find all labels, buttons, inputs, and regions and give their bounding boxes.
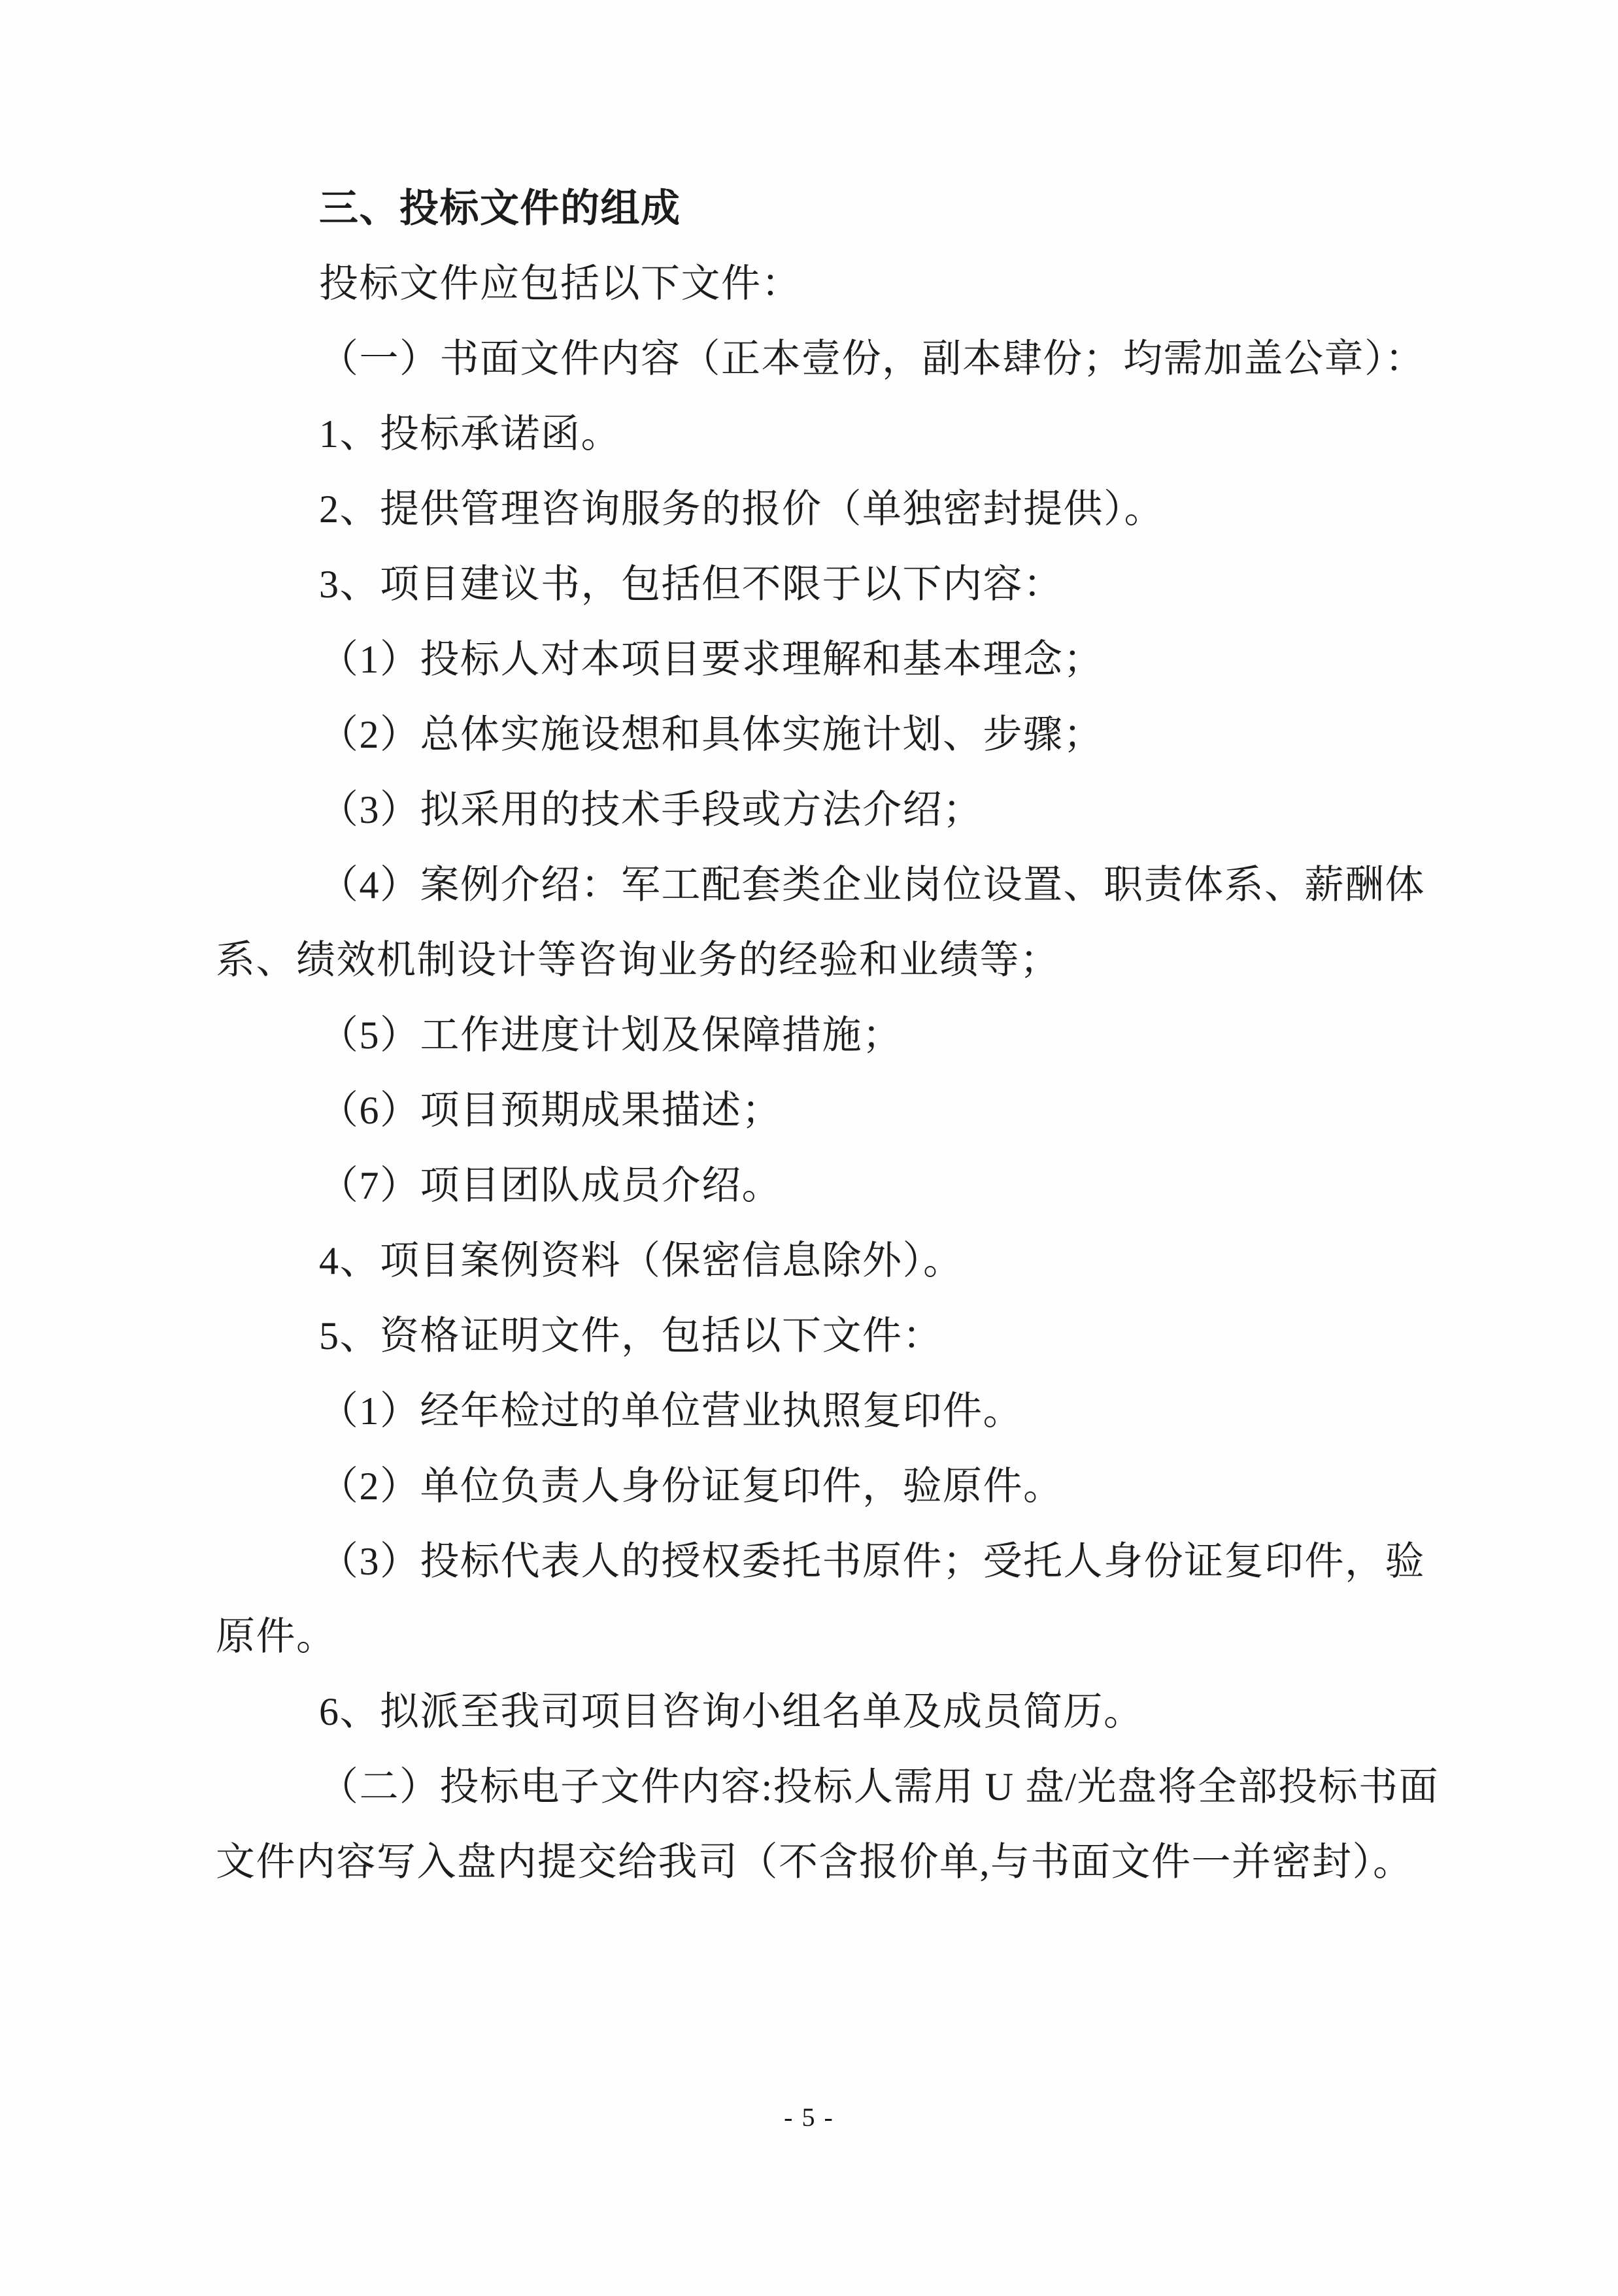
paragraph-line: 系、绩效机制设计等咨询业务的经验和业绩等； [216,923,1402,998]
paragraph-line: 2、提供管理咨询服务的报价（单独密封提供）。 [216,472,1402,547]
paragraph-line: （7）项目团队成员介绍。 [216,1148,1402,1223]
page-number: - 5 - [0,2095,1618,2140]
paragraph-line: 原件。 [216,1599,1402,1674]
paragraph-line: 文件内容写入盘内提交给我司（不含报价单,与书面文件一并密封）。 [216,1825,1402,1900]
paragraph-line: （2）单位负责人身份证复印件，验原件。 [216,1449,1402,1524]
paragraph-line: 5、资格证明文件，包括以下文件： [216,1299,1402,1374]
paragraph-line: （2）总体实施设想和具体实施计划、步骤； [216,697,1402,773]
paragraph-line: 1、投标承诺函。 [216,397,1402,472]
paragraph-line: （5）工作进度计划及保障措施； [216,998,1402,1073]
paragraph-line: （3）投标代表人的授权委托书原件；受托人身份证复印件，验 [216,1524,1402,1599]
document-page: 三、投标文件的组成 投标文件应包括以下文件： （一）书面文件内容（正本壹份，副本… [0,0,1618,2296]
paragraph-line: 6、拟派至我司项目咨询小组名单及成员简历。 [216,1674,1402,1750]
paragraph-line: （1）经年检过的单位营业执照复印件。 [216,1374,1402,1449]
paragraph-line: 3、项目建议书，包括但不限于以下内容： [216,547,1402,622]
paragraph-line: （3）拟采用的技术手段或方法介绍； [216,773,1402,848]
paragraph-line: （二）投标电子文件内容:投标人需用 U 盘/光盘将全部投标书面 [216,1750,1402,1825]
document-body: 三、投标文件的组成 投标文件应包括以下文件： （一）书面文件内容（正本壹份，副本… [216,171,1402,1900]
paragraph-line: （6）项目预期成果描述； [216,1073,1402,1148]
paragraph-line: （4）案例介绍：军工配套类企业岗位设置、职责体系、薪酬体 [216,848,1402,923]
paragraph-line: 投标文件应包括以下文件： [216,246,1402,322]
paragraph-line: （1）投标人对本项目要求理解和基本理念； [216,622,1402,697]
section-heading: 三、投标文件的组成 [216,171,1402,246]
paragraph-line: （一）书面文件内容（正本壹份，副本肆份；均需加盖公章）： [216,322,1402,397]
paragraph-line: 4、项目案例资料（保密信息除外）。 [216,1223,1402,1299]
